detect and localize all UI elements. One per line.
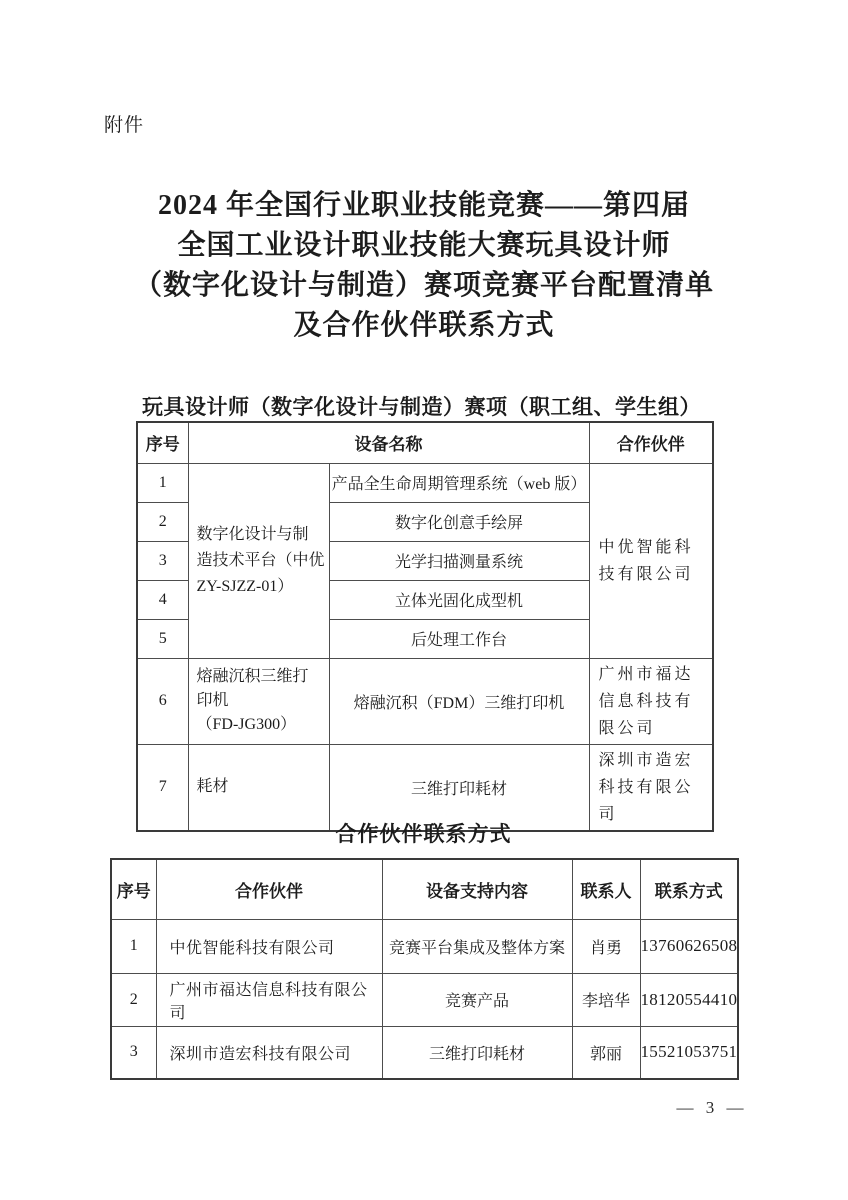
t1-row5-item: 后处理工作台: [329, 619, 589, 658]
t1-row4-no: 4: [137, 580, 188, 619]
t2-row2-contact: 李培华: [572, 973, 640, 1026]
t1-group2-platform: 熔融沉积三维打 印机 （FD-JG300）: [188, 658, 329, 744]
title-line-2: 全国工业设计职业技能大赛玩具设计师: [0, 226, 848, 266]
t2-row1-partner: 中优智能科技有限公司: [156, 919, 382, 973]
contact-table: 序号 合作伙伴 设备支持内容 联系人 联系方式 1 中优智能科技有限公司 竞赛平…: [110, 858, 739, 1080]
t2-row2-partner: 广州市福达信息科技有限公司: [156, 973, 382, 1026]
title-line-1: 2024 年全国行业职业技能竞赛——第四届: [0, 186, 848, 226]
t2-header-phone: 联系方式: [640, 859, 738, 919]
title-line-4: 及合作伙伴联系方式: [0, 306, 848, 346]
t2-header-partner: 合作伙伴: [156, 859, 382, 919]
equipment-table: 序号 设备名称 合作伙伴 1 数字化设计与制 造技术平台（中优 ZY-SJZZ-…: [136, 421, 714, 832]
t2-row2-phone: 18120554410: [640, 973, 738, 1026]
t2-row2-support: 竞赛产品: [382, 973, 572, 1026]
t2-header-support: 设备支持内容: [382, 859, 572, 919]
t1-row2-no: 2: [137, 502, 188, 541]
table-row: 2 广州市福达信息科技有限公司 竞赛产品 李培华 18120554410: [111, 973, 738, 1026]
t1-row3-item: 光学扫描测量系统: [329, 541, 589, 580]
t1-header-partner: 合作伙伴: [589, 422, 713, 463]
t1-row3-no: 3: [137, 541, 188, 580]
t1-header-device: 设备名称: [188, 422, 589, 463]
t2-row2-no: 2: [111, 973, 156, 1026]
t2-row3-no: 3: [111, 1026, 156, 1079]
t2-row3-partner: 深圳市造宏科技有限公司: [156, 1026, 382, 1079]
equipment-table-header-row: 序号 设备名称 合作伙伴: [137, 422, 713, 463]
t1-group1-partner: 中优智能科技有限公司: [589, 463, 713, 658]
t1-row1-item: 产品全生命周期管理系统（web 版）: [329, 463, 589, 502]
t2-row1-no: 1: [111, 919, 156, 973]
t1-row5-no: 5: [137, 619, 188, 658]
t1-group2-partner: 广州市福达信息科技有限公司: [589, 658, 713, 744]
attachment-label: 附件: [104, 110, 144, 137]
t2-row3-phone: 15521053751: [640, 1026, 738, 1079]
document-page: 附件 2024 年全国行业职业技能竞赛——第四届 全国工业设计职业技能大赛玩具设…: [0, 0, 848, 1200]
contact-table-header-row: 序号 合作伙伴 设备支持内容 联系人 联系方式: [111, 859, 738, 919]
t1-row6-item: 熔融沉积（FDM）三维打印机: [329, 658, 589, 744]
table-row: 3 深圳市造宏科技有限公司 三维打印耗材 郭丽 15521053751: [111, 1026, 738, 1079]
t1-row4-item: 立体光固化成型机: [329, 580, 589, 619]
t1-group1-platform: 数字化设计与制 造技术平台（中优 ZY-SJZZ-01）: [188, 463, 329, 658]
t1-header-no: 序号: [137, 422, 188, 463]
t2-header-no: 序号: [111, 859, 156, 919]
t2-row1-contact: 肖勇: [572, 919, 640, 973]
t1-row2-item: 数字化创意手绘屏: [329, 502, 589, 541]
t1-row1-no: 1: [137, 463, 188, 502]
document-title: 2024 年全国行业职业技能竞赛——第四届 全国工业设计职业技能大赛玩具设计师 …: [0, 186, 848, 346]
t2-row1-phone: 13760626508: [640, 919, 738, 973]
t2-header-contact: 联系人: [572, 859, 640, 919]
table-row: 1 中优智能科技有限公司 竞赛平台集成及整体方案 肖勇 13760626508: [111, 919, 738, 973]
t1-row6-no: 6: [137, 658, 188, 744]
t2-row1-support: 竞赛平台集成及整体方案: [382, 919, 572, 973]
title-line-3: （数字化设计与制造）赛项竞赛平台配置清单: [0, 266, 848, 306]
t2-row3-support: 三维打印耗材: [382, 1026, 572, 1079]
contact-table-title: 合作伙伴联系方式: [110, 818, 737, 848]
table-row: 1 数字化设计与制 造技术平台（中优 ZY-SJZZ-01） 产品全生命周期管理…: [137, 463, 713, 502]
t2-row3-contact: 郭丽: [572, 1026, 640, 1079]
page-number: — 3 —: [655, 1098, 765, 1118]
equipment-table-heading: 玩具设计师（数字化设计与制造）赛项（职工组、学生组）: [142, 391, 701, 421]
table-row: 6 熔融沉积三维打 印机 （FD-JG300） 熔融沉积（FDM）三维打印机 广…: [137, 658, 713, 744]
